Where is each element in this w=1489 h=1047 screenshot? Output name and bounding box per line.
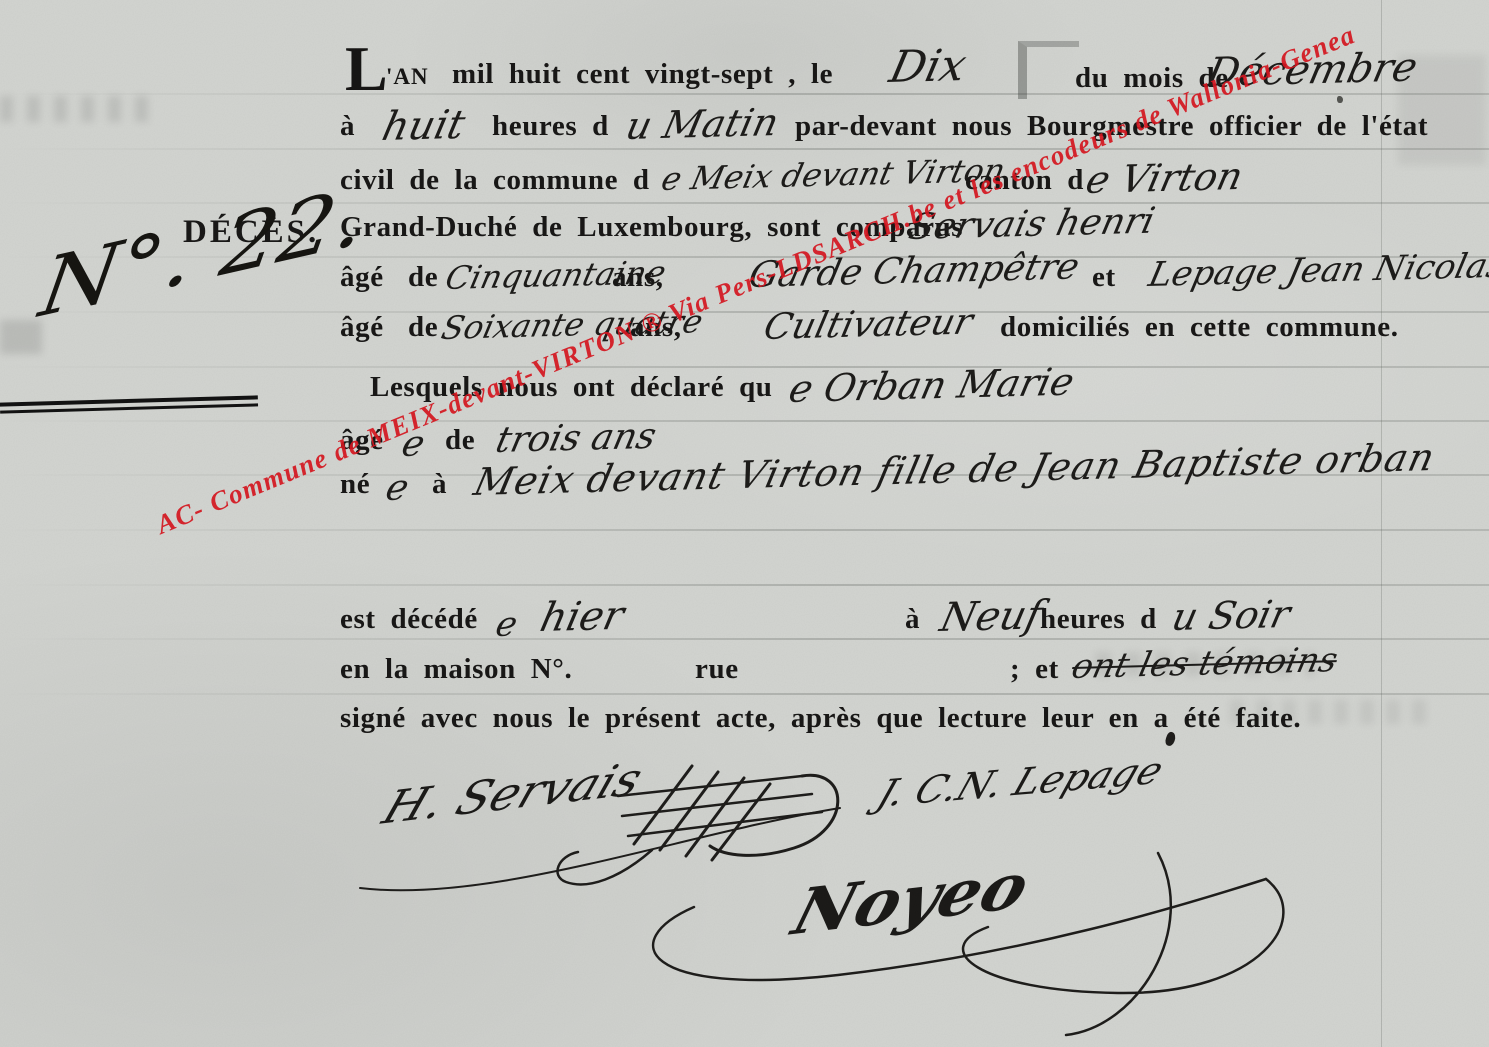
handwritten-ampm: u Matin xyxy=(622,100,783,148)
handwritten-deceased-name: e Orban Marie xyxy=(785,360,1078,411)
death-certificate-scan: DÉCÈS. N°. 22. L 'AN mil huit cent vingt… xyxy=(0,0,1489,1047)
printed-text: de xyxy=(408,261,438,294)
bleedthrough-smudge xyxy=(0,96,160,122)
signature-witness2: J. C.N. Lepage xyxy=(871,748,1169,816)
printed-text: rue xyxy=(695,653,739,686)
printed-text: et xyxy=(1092,261,1116,294)
margin-double-rule xyxy=(0,395,258,415)
handwritten-death-hour: Neuf xyxy=(936,592,1046,641)
handwritten-deceased-age: trois ans xyxy=(492,416,660,461)
printed-text: âgé xyxy=(340,311,384,344)
printed-text: en la maison N°. xyxy=(340,653,572,686)
printed-text: heures d xyxy=(492,110,609,143)
handwritten-witness2-profession: Cultivateur xyxy=(760,302,977,348)
smallcaps-AN: 'AN xyxy=(386,64,429,90)
ruled-line xyxy=(0,366,1489,368)
dropcap-L: L xyxy=(345,44,388,94)
handwritten-death-ampm: u Soir xyxy=(1168,592,1294,639)
printed-text: à xyxy=(905,603,920,636)
handwritten-canton: e Virton xyxy=(1082,154,1247,202)
act-line-12: signé avec nous le présent acte, après q… xyxy=(340,702,1489,756)
act-line-9: né e à Meix devant Virton fille de Jean … xyxy=(340,468,1489,522)
signature-officer-flourish xyxy=(598,845,1338,1045)
handwritten-signing-note: ont les témoins xyxy=(1068,640,1341,687)
handwritten-hour: huit xyxy=(378,102,469,150)
handwritten-witness2-name: Lepage Jean Nicolas xyxy=(1145,246,1489,295)
handwritten-gender-e: e xyxy=(492,604,521,645)
act-line-11: en la maison N°. rue ; et ont les témoin… xyxy=(340,653,1489,707)
printed-text: à xyxy=(432,468,447,501)
printed-text: ; et xyxy=(1010,653,1059,686)
handwritten-gender-e: e xyxy=(382,467,413,509)
act-line-6: âgé de Soixante quatre ans, Cultivateur … xyxy=(340,311,1489,365)
printed-text: ans, xyxy=(612,261,664,294)
ruled-line xyxy=(0,529,1489,531)
printed-text: heures d xyxy=(1040,603,1157,636)
printed-text: signé avec nous le présent acte, après q… xyxy=(340,702,1301,735)
printed-text: né xyxy=(340,468,370,501)
printed-text: de xyxy=(408,311,438,344)
ruled-line xyxy=(0,584,1489,586)
handwritten-day: Dix xyxy=(885,40,971,93)
printed-text: à xyxy=(340,110,355,143)
printed-text: civil de la commune d xyxy=(340,164,650,197)
printed-text: mil huit cent vingt-sept , le xyxy=(452,58,833,91)
printed-text: de xyxy=(445,424,475,457)
printed-text: âgé xyxy=(340,261,384,294)
printed-text: domiciliés en cette commune. xyxy=(1000,311,1399,344)
printed-text: est décédé xyxy=(340,603,478,636)
handwritten-death-date: hier xyxy=(536,593,628,641)
